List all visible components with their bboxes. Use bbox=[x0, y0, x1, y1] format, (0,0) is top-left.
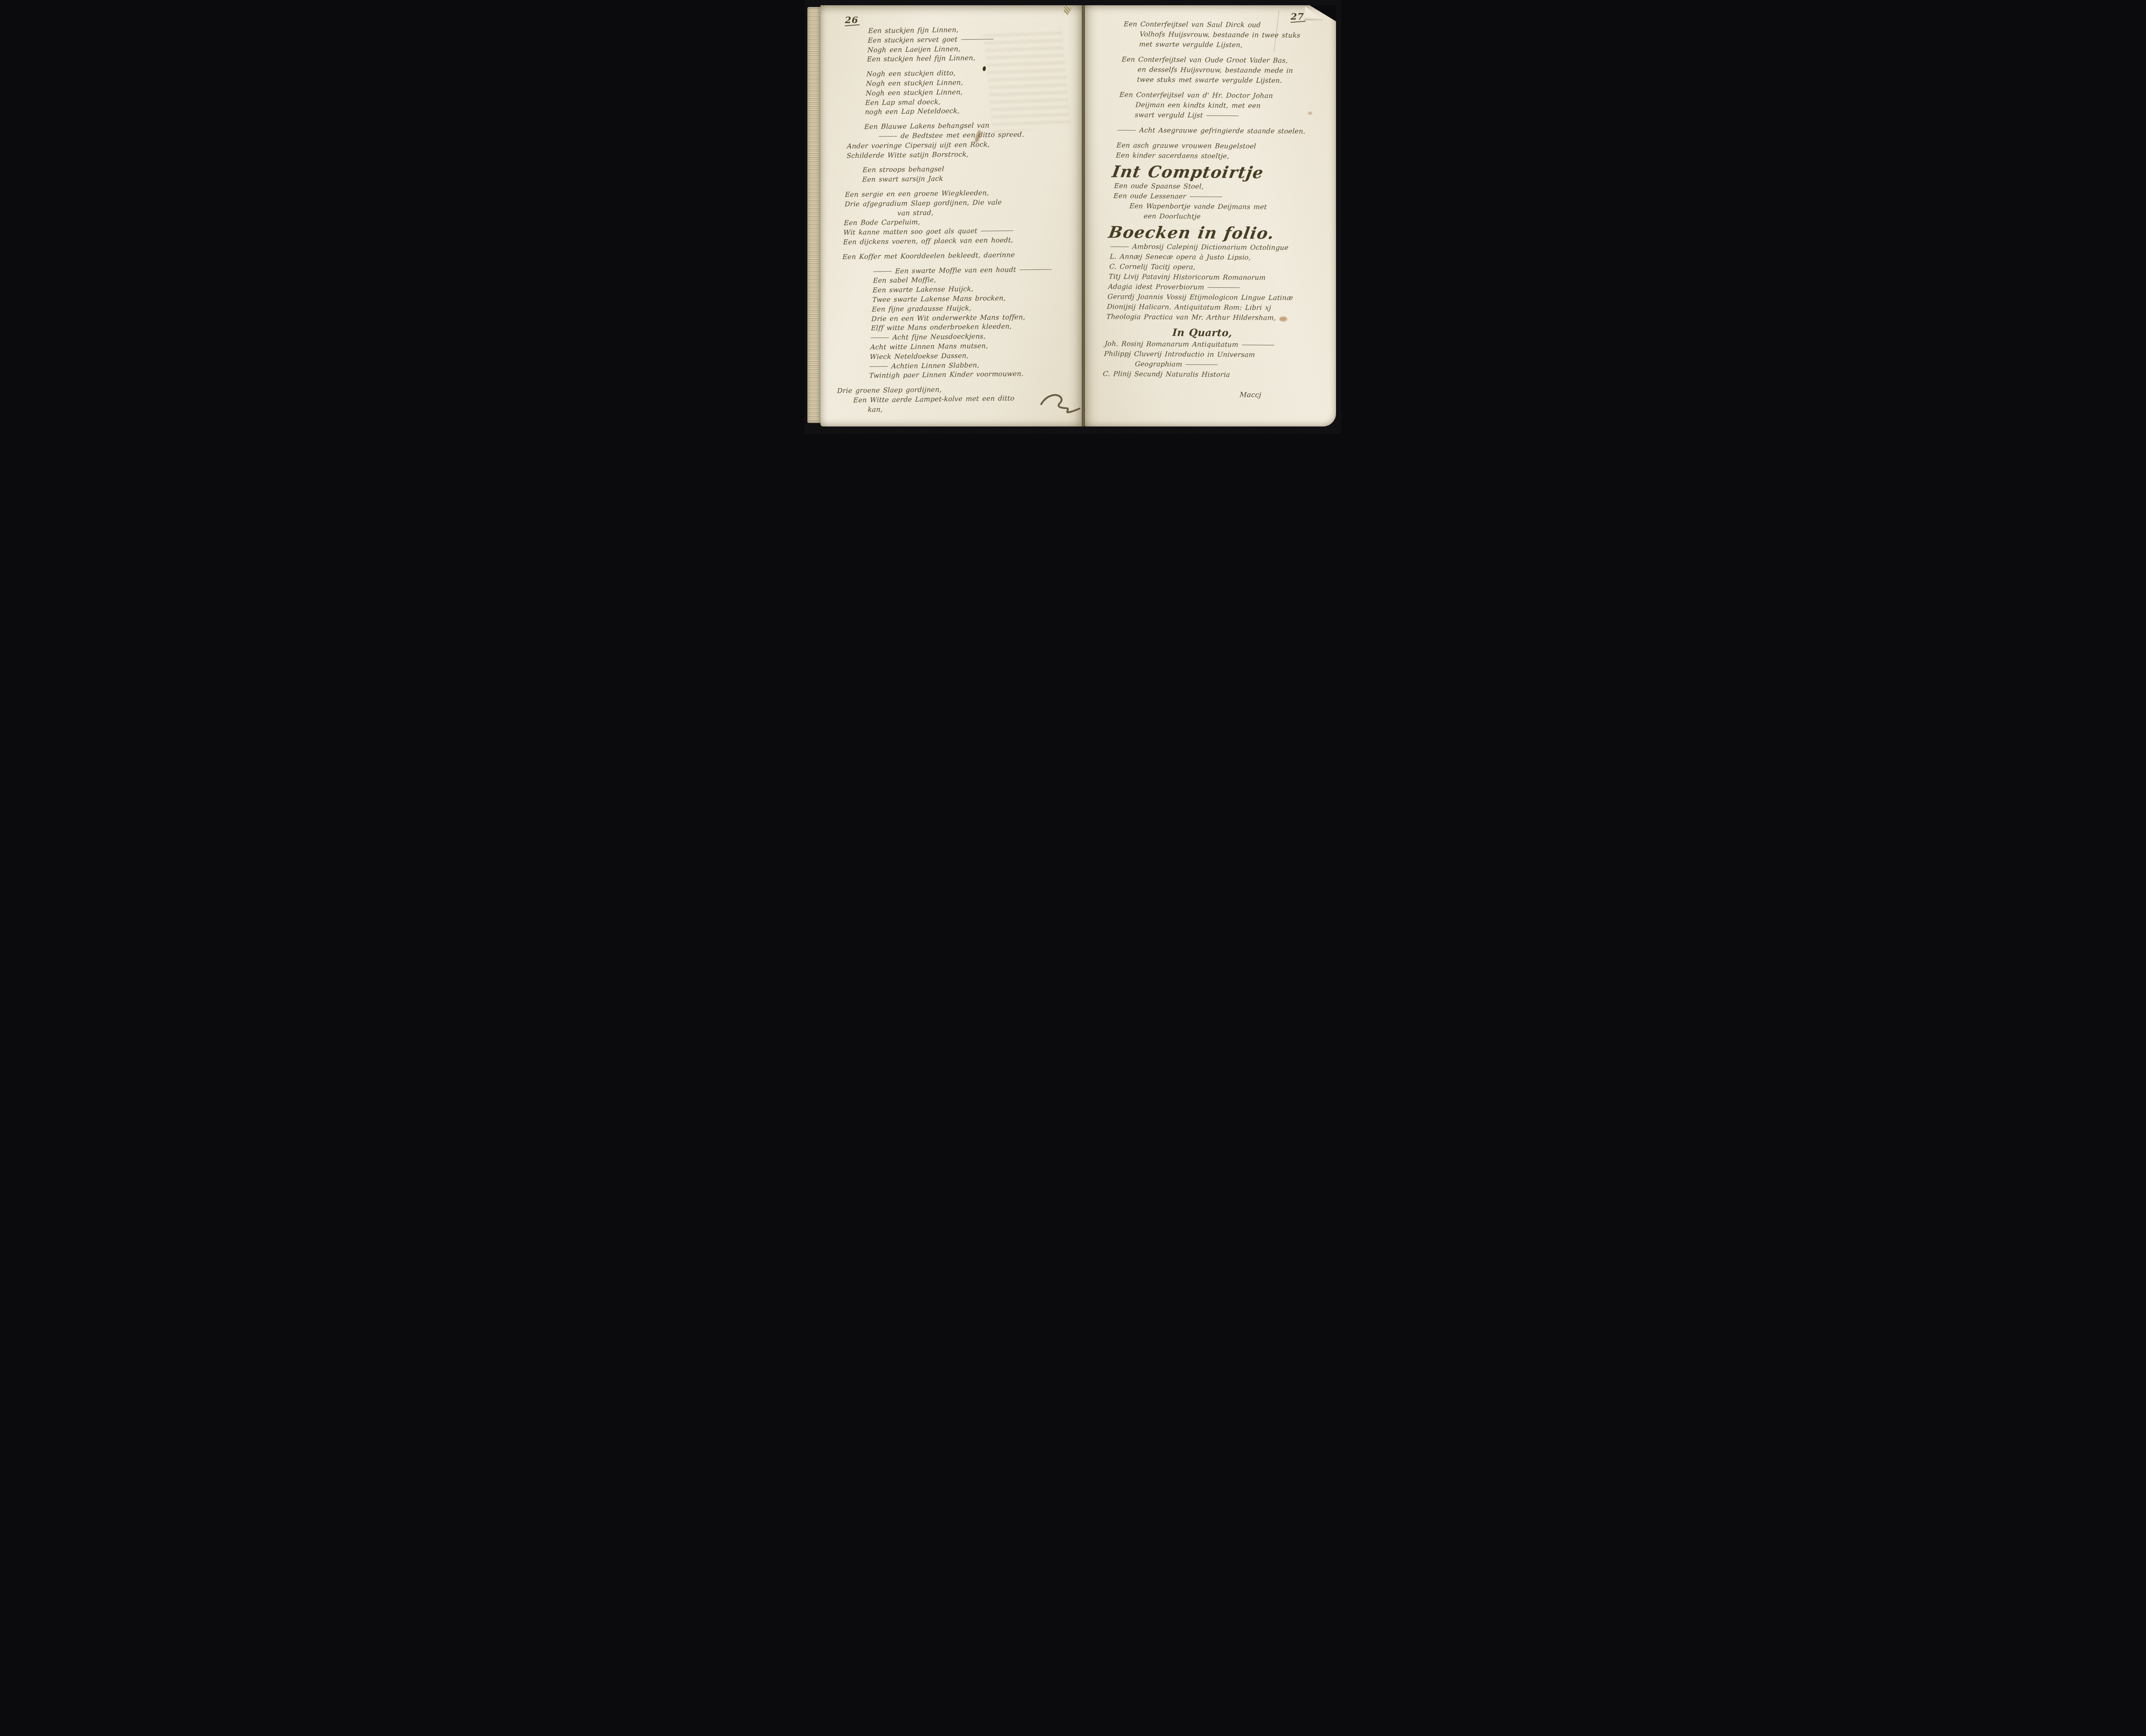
manuscript-line: L. Annæj Senecæ opera à Justo Lipsio, bbox=[1110, 252, 1330, 263]
manuscript-line: Een Wapenbortje vande Deijmans met bbox=[1129, 201, 1333, 213]
page-right: 27 Een Conterfeijtsel van Saul Dirck oud… bbox=[1085, 5, 1336, 426]
manuscript-line: Deijman een kindts kindt, met een bbox=[1135, 100, 1339, 112]
manuscript-line: Een swart sarsijn Jack bbox=[862, 173, 1080, 185]
manuscript-line: Volhofs Huijsvrouw, bestaande in twee st… bbox=[1139, 30, 1341, 41]
manuscript-line: Acht Asegrauwe gefringierde staande stoe… bbox=[1117, 125, 1337, 137]
manuscript-line: Boecken in folio. bbox=[1108, 227, 1332, 239]
manuscript-line: Theologia Practica van Mr. Arthur Hilder… bbox=[1106, 312, 1326, 324]
manuscript-photo: 26 Een stuckjen fijn Linnen, Een stuckje… bbox=[805, 0, 1341, 434]
manuscript-line: met swarte vergulde Lijsten, bbox=[1139, 40, 1341, 51]
manuscript-line: Ambrosij Calepinij Dictionarium Octoling… bbox=[1110, 242, 1330, 253]
manuscript-line: en desselfs Huijsvrouw, bestaande mede i… bbox=[1137, 65, 1341, 76]
manuscript-line: C. Cornelij Tacitj opera, bbox=[1109, 262, 1329, 273]
manuscript-line: een Doorluchtje bbox=[1143, 211, 1332, 223]
manuscript-line: twee stuks met swarte vergulde Lijsten. bbox=[1137, 75, 1340, 86]
manuscript-line: swart verguld Lijst bbox=[1135, 110, 1338, 122]
manuscript-line: Geographiam bbox=[1135, 359, 1323, 371]
signature-flourish-icon bbox=[1039, 391, 1082, 414]
open-book: 26 Een stuckjen fijn Linnen, Een stuckje… bbox=[807, 5, 1338, 426]
manuscript-line: nogh een Lap Neteldoeck, bbox=[865, 105, 1082, 117]
page-number-left: 26 bbox=[845, 15, 860, 26]
manuscript-line: Twintigh paer Linnen Kinder voormouwen. bbox=[869, 369, 1072, 381]
manuscript-line: Maccj bbox=[1101, 389, 1261, 400]
right-page-text: Een Conterfeijtsel van Saul Dirck oud Vo… bbox=[1101, 19, 1341, 400]
page-edge-stack bbox=[807, 7, 820, 423]
left-page-text: Een stuckjen fijn Linnen, Een stuckjen s… bbox=[836, 24, 1086, 415]
manuscript-line: Een Koffer met Koorddeelen bekleedt, dae… bbox=[842, 249, 1076, 262]
manuscript-line: Een kinder sacerdaens stoeltje, bbox=[1116, 150, 1336, 162]
manuscript-line: In Quarto, bbox=[1105, 327, 1299, 338]
manuscript-line: C. Plinij Secundj Naturalis Historia bbox=[1103, 369, 1323, 381]
manuscript-line: Int Comptoirtje bbox=[1111, 167, 1336, 178]
manuscript-line: Titj Livij Patavinj Historicorum Romanor… bbox=[1108, 272, 1329, 283]
page-left: 26 Een stuckjen fijn Linnen, Een stuckje… bbox=[820, 5, 1082, 426]
